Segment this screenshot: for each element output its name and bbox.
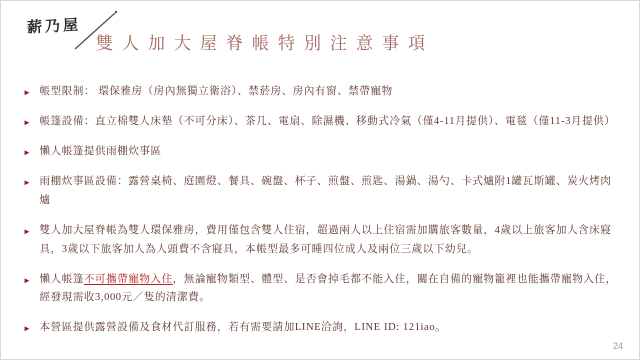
bullet-icon: ► (23, 173, 32, 192)
page-number: 24 (613, 341, 623, 351)
notice-text: 懶人帳篷不可攜帶寵物入住，無論寵物類型、體型、是否會掉毛都不能入住，關在自備的寵… (40, 271, 621, 309)
notice-item-occupancy: ► 雙人加大屋脊帳為雙人環保雅房，費用僅包含雙人住宿，超過兩人以上住宿需加購旅客… (23, 222, 621, 260)
notice-text: 本營區提供露營設備及食材代訂服務，若有需要請加LINE洽詢，LINE ID: 1… (40, 319, 621, 338)
bullet-icon: ► (23, 113, 32, 132)
notice-list: ► 帳型限制： 環保雅房（房內無獨立衛浴）、禁菸房、房內有窗、禁帶寵物 ► 帳篷… (23, 83, 621, 349)
notice-item-line-contact: ► 本營區提供露營設備及食材代訂服務，若有需要請加LINE洽詢，LINE ID:… (23, 319, 621, 338)
notice-item-cooking-area: ► 懶人帳篷提供雨棚炊事區 (23, 143, 621, 162)
notice-item-no-pets: ► 懶人帳篷不可攜帶寵物入住，無論寵物類型、體型、是否會掉毛都不能入住，關在自備… (23, 271, 621, 309)
notice-slide: 薪乃屋 雙人加大屋脊帳特別注意事項 ► 帳型限制： 環保雅房（房內無獨立衛浴）、… (0, 0, 640, 360)
bullet-icon: ► (23, 319, 32, 338)
page-title: 雙人加大屋脊帳特別注意事項 (96, 29, 434, 54)
notice-text: 帳型限制： 環保雅房（房內無獨立衛浴）、禁菸房、房內有窗、禁帶寵物 (40, 83, 621, 102)
notice-text: 帳篷設備：直立棉雙人床墊（不可分床）、茶几、電扇、除濕機、移動式冷氣（僅4-11… (40, 113, 621, 132)
notice-text-prefix: 懶人帳篷 (40, 274, 84, 285)
bullet-icon: ► (23, 222, 32, 241)
notice-text: 懶人帳篷提供雨棚炊事區 (40, 143, 621, 162)
notice-text: 雙人加大屋脊帳為雙人環保雅房，費用僅包含雙人住宿，超過兩人以上住宿需加購旅客數量… (40, 222, 621, 260)
notice-text-highlight: 不可攜帶寵物入住 (84, 274, 173, 285)
bullet-icon: ► (23, 83, 32, 102)
bullet-icon: ► (23, 271, 32, 290)
notice-text: 雨棚炊事區設備：露營桌椅、庭園燈、餐具、碗盤、杯子、煎盤、煎匙、湯鍋、湯勺、卡式… (40, 173, 621, 211)
notice-item-tent-type: ► 帳型限制： 環保雅房（房內無獨立衛浴）、禁菸房、房內有窗、禁帶寵物 (23, 83, 621, 102)
notice-item-tent-equipment: ► 帳篷設備：直立棉雙人床墊（不可分床）、茶几、電扇、除濕機、移動式冷氣（僅4-… (23, 113, 621, 132)
notice-item-cooking-equipment: ► 雨棚炊事區設備：露營桌椅、庭園燈、餐具、碗盤、杯子、煎盤、煎匙、湯鍋、湯勺、… (23, 173, 621, 211)
bullet-icon: ► (23, 143, 32, 162)
